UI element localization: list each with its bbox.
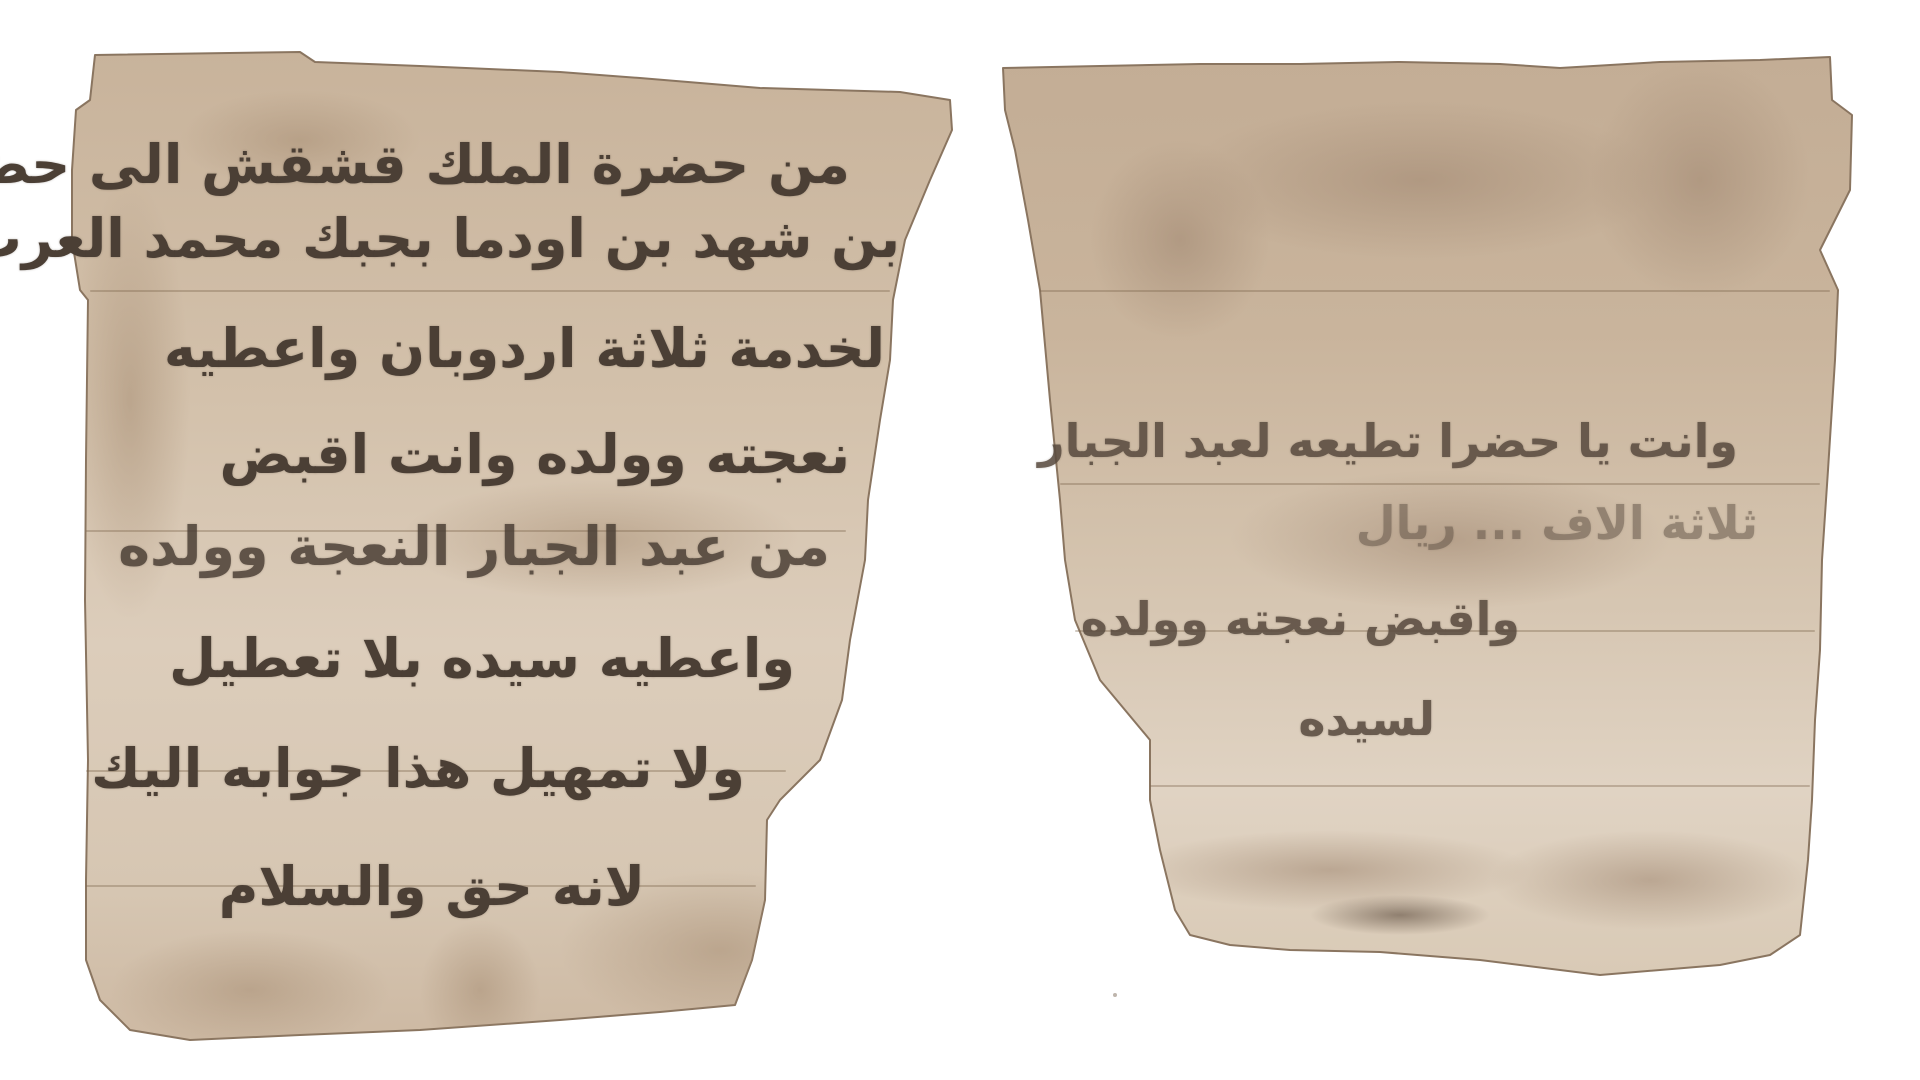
dust-speck: [1113, 993, 1117, 997]
manuscript-line: وانت يا حضرا تطيعه لعبد الجبار: [1038, 418, 1738, 464]
manuscript-line: واقبض نعجته وولده: [1081, 596, 1520, 642]
manuscript-photo: من حضرة الملك قشقش الى حضر بن شهد بن اود…: [0, 0, 1920, 1080]
manuscript-line: ثلاثة الاف ... ريال: [1356, 500, 1758, 546]
manuscript-line: لسيده: [1298, 696, 1435, 742]
right-fragment-text: وانت يا حضرا تطيعه لعبد الجبار ثلاثة الا…: [0, 0, 1920, 1080]
right-manuscript-fragment: وانت يا حضرا تطيعه لعبد الجبار ثلاثة الا…: [0, 0, 1920, 1080]
